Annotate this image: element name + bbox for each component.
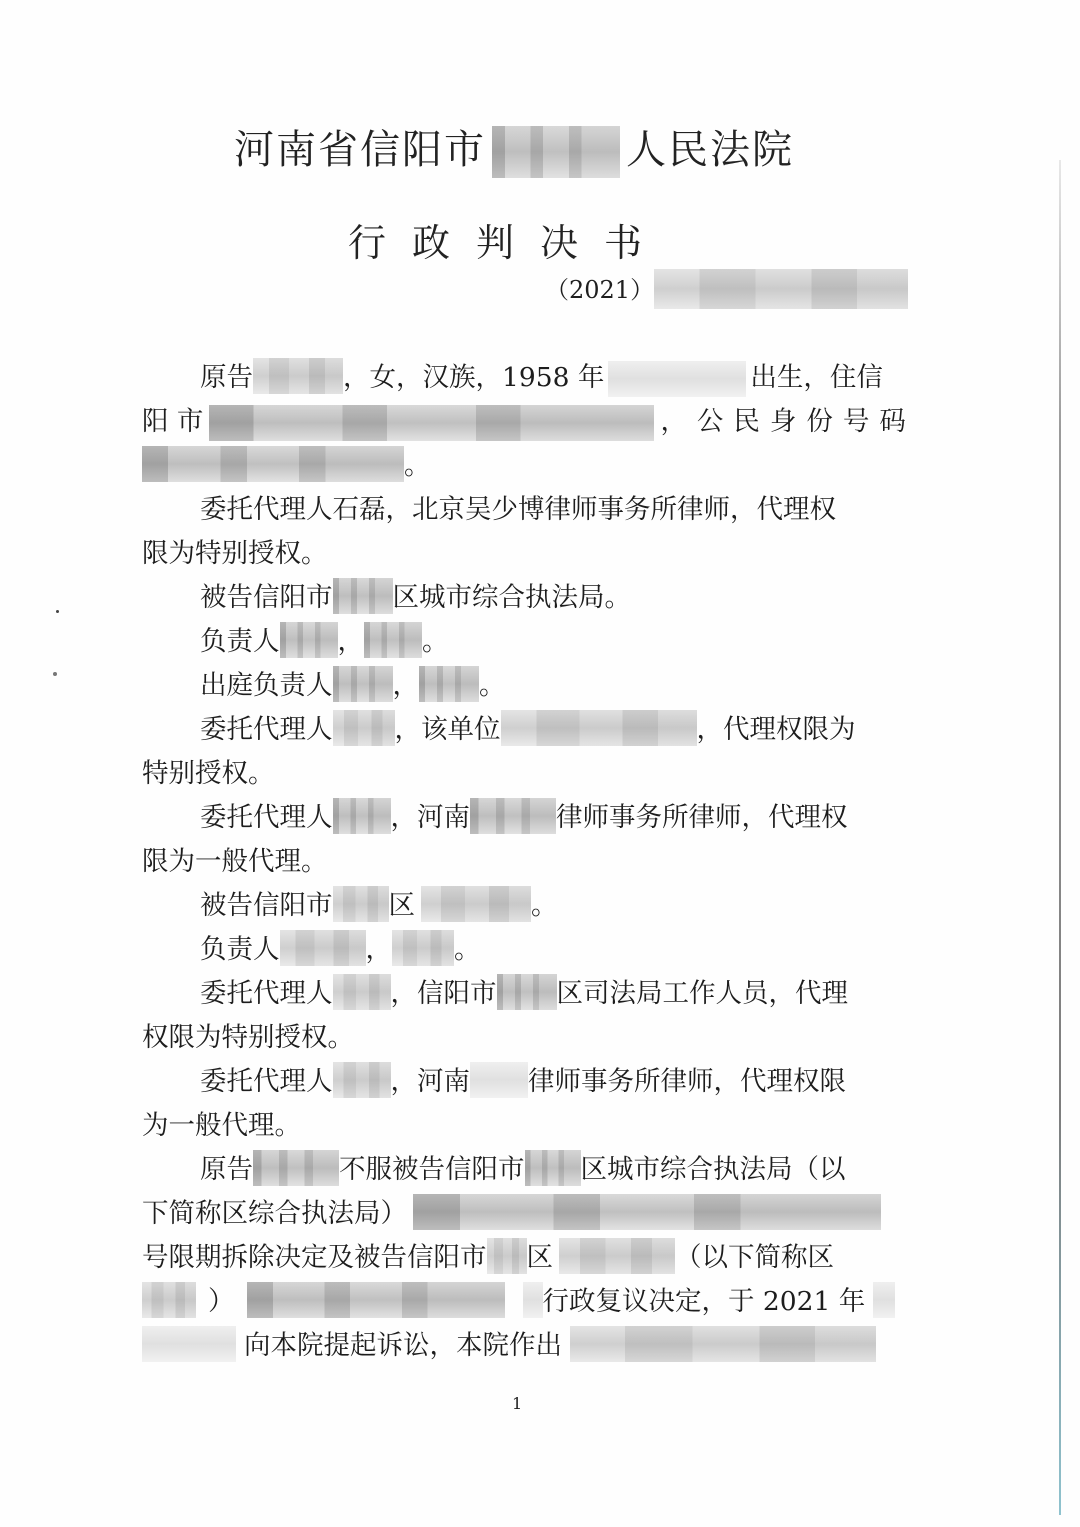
text: 原告 [200, 1154, 253, 1185]
page-number: 1 [512, 1394, 522, 1413]
redaction-block [570, 1326, 876, 1362]
text-line: 下简称区综合执法局） [142, 1196, 881, 1232]
redaction-block [419, 666, 479, 702]
redaction-block [492, 126, 620, 178]
text-line: 委托代理人，河南律师事务所律师，代理权限 [200, 1064, 846, 1100]
redaction-block [142, 1326, 236, 1362]
redaction-block [253, 1150, 339, 1186]
text: （以下简称区 [675, 1242, 834, 1273]
case-number: （2021） [545, 270, 908, 309]
document-page: 河南省信阳市人民法院 行政判决书 （2021） 原告，女，汉族，1958 年出生… [0, 0, 1080, 1527]
redaction-block [525, 1150, 581, 1186]
text-line: 。 [142, 448, 431, 484]
text: 区 [389, 890, 416, 921]
scan-speck [56, 610, 59, 613]
redaction-block [497, 974, 557, 1010]
redaction-block [654, 269, 908, 309]
redaction-block [280, 622, 338, 658]
text-line: 委托代理人，信阳市区司法局工作人员，代理 [200, 976, 848, 1012]
court-title-suffix: 人民法院 [626, 127, 794, 173]
text: 区司法局工作人员，代理 [557, 978, 849, 1009]
redaction-block [209, 405, 654, 441]
text-line: 被告信阳市区城市综合执法局。 [200, 580, 631, 616]
text: ， [338, 626, 365, 657]
text-line: 限为一般代理。 [142, 844, 328, 880]
text: ，女，汉族，1958 年 [343, 362, 604, 393]
text-line: 号限期拆除决定及被告信阳市区（以下简称区 [142, 1240, 834, 1276]
text-line: 向本院提起诉讼，本院作出 [142, 1328, 876, 1364]
text: 出生，住信 [750, 362, 883, 393]
redaction-block [392, 930, 454, 966]
redaction-block [333, 886, 389, 922]
redaction-block [142, 446, 404, 482]
redaction-block [333, 1062, 391, 1098]
text: 出庭负责人 [200, 670, 333, 701]
text: 区城市综合执法局（以 [581, 1154, 846, 1185]
text: 区城市综合执法局。 [393, 582, 632, 613]
text: 委托代理人 [200, 978, 333, 1009]
text-line: 负责人，。 [200, 932, 481, 968]
text: ， [366, 934, 393, 965]
redaction-block [333, 666, 393, 702]
text: 。 [454, 934, 481, 965]
text: 号限期拆除决定及被告信阳市 [142, 1242, 487, 1273]
text: 。 [479, 670, 506, 701]
redaction-block [470, 1062, 528, 1098]
text: ，河南 [391, 1066, 471, 1097]
redaction-block [608, 361, 746, 397]
text: ， [393, 670, 420, 701]
text-line: 负责人，。 [200, 624, 449, 660]
redaction-block [413, 1194, 881, 1230]
text: 委托代理人 [200, 714, 333, 745]
document-title: 行政判决书 [348, 212, 668, 267]
text: 不服被告信阳市 [339, 1154, 525, 1185]
redaction-block [487, 1238, 527, 1274]
text-line: 限为特别授权。 [142, 536, 328, 572]
text-line: 原告不服被告信阳市区城市综合执法局（以 [200, 1152, 846, 1188]
text: 委托代理人 [200, 802, 333, 833]
text: ，该单位 [395, 714, 501, 745]
redaction-block [470, 798, 556, 834]
text-line: 权限为特别授权。 [142, 1020, 354, 1056]
text-line: 原告，女，汉族，1958 年出生，住信 [200, 360, 883, 397]
court-title: 河南省信阳市人民法院 [234, 118, 794, 178]
redaction-block [280, 930, 366, 966]
case-number-prefix: （2021） [545, 276, 654, 304]
scan-speck [53, 672, 57, 676]
text: 权限为特别授权。 [142, 1022, 354, 1053]
text: 被告信阳市 [200, 582, 333, 613]
text: 限为一般代理。 [142, 846, 328, 877]
text: 下简称区综合执法局） [142, 1198, 407, 1229]
redaction-block [501, 710, 697, 746]
text-line: 阳 市，公民身份号码 [142, 404, 916, 441]
text: 被告信阳市 [200, 890, 333, 921]
redaction-block [873, 1282, 895, 1318]
text: 律师事务所律师，代理权限 [528, 1066, 846, 1097]
redaction-block [523, 1282, 543, 1318]
text: 特别授权。 [142, 758, 275, 789]
redaction-block [253, 358, 343, 394]
text: 负责人 [200, 626, 280, 657]
text: 向本院提起诉讼，本院作出 [244, 1330, 562, 1361]
page-edge-shadow [1059, 160, 1061, 1515]
redaction-block [333, 798, 391, 834]
redaction-block [142, 1282, 196, 1318]
text: 委托代理人石磊，北京吴少博律师事务所律师，代理权 [200, 494, 836, 525]
text: ，信阳市 [391, 978, 497, 1009]
text-line: 被告信阳市区。 [200, 888, 558, 924]
text: 阳 市 [142, 406, 203, 437]
text: ，河南 [391, 802, 471, 833]
text: 限为特别授权。 [142, 538, 328, 569]
text: 行政复议决定，于 2021 年 [543, 1286, 866, 1317]
text: 。 [404, 450, 431, 481]
text-line: 出庭负责人，。 [200, 668, 506, 704]
text: 负责人 [200, 934, 280, 965]
text: ，公民身份号码 [660, 406, 916, 437]
text: ，代理权限为 [697, 714, 856, 745]
text: 区 [527, 1242, 554, 1273]
text: 。 [422, 626, 449, 657]
text: ） [208, 1286, 235, 1317]
text-line: 委托代理人石磊，北京吴少博律师事务所律师，代理权 [200, 492, 836, 528]
redaction-block [247, 1282, 505, 1318]
text: 为一般代理。 [142, 1110, 301, 1141]
redaction-block [364, 622, 422, 658]
court-title-prefix: 河南省信阳市 [234, 127, 486, 173]
text: 律师事务所律师，代理权 [556, 802, 848, 833]
text: 委托代理人 [200, 1066, 333, 1097]
redaction-block [333, 578, 393, 614]
text-line: 为一般代理。 [142, 1108, 301, 1144]
redaction-block [421, 886, 531, 922]
text: 。 [531, 890, 558, 921]
text-line: 委托代理人，河南律师事务所律师，代理权 [200, 800, 848, 836]
redaction-block [333, 710, 395, 746]
text-line: 委托代理人，该单位，代理权限为 [200, 712, 856, 748]
text-line: 特别授权。 [142, 756, 275, 792]
redaction-block [559, 1238, 675, 1274]
redaction-block [333, 974, 391, 1010]
text-line: ）行政复议决定，于 2021 年 [142, 1284, 895, 1320]
text: 原告 [200, 362, 253, 393]
